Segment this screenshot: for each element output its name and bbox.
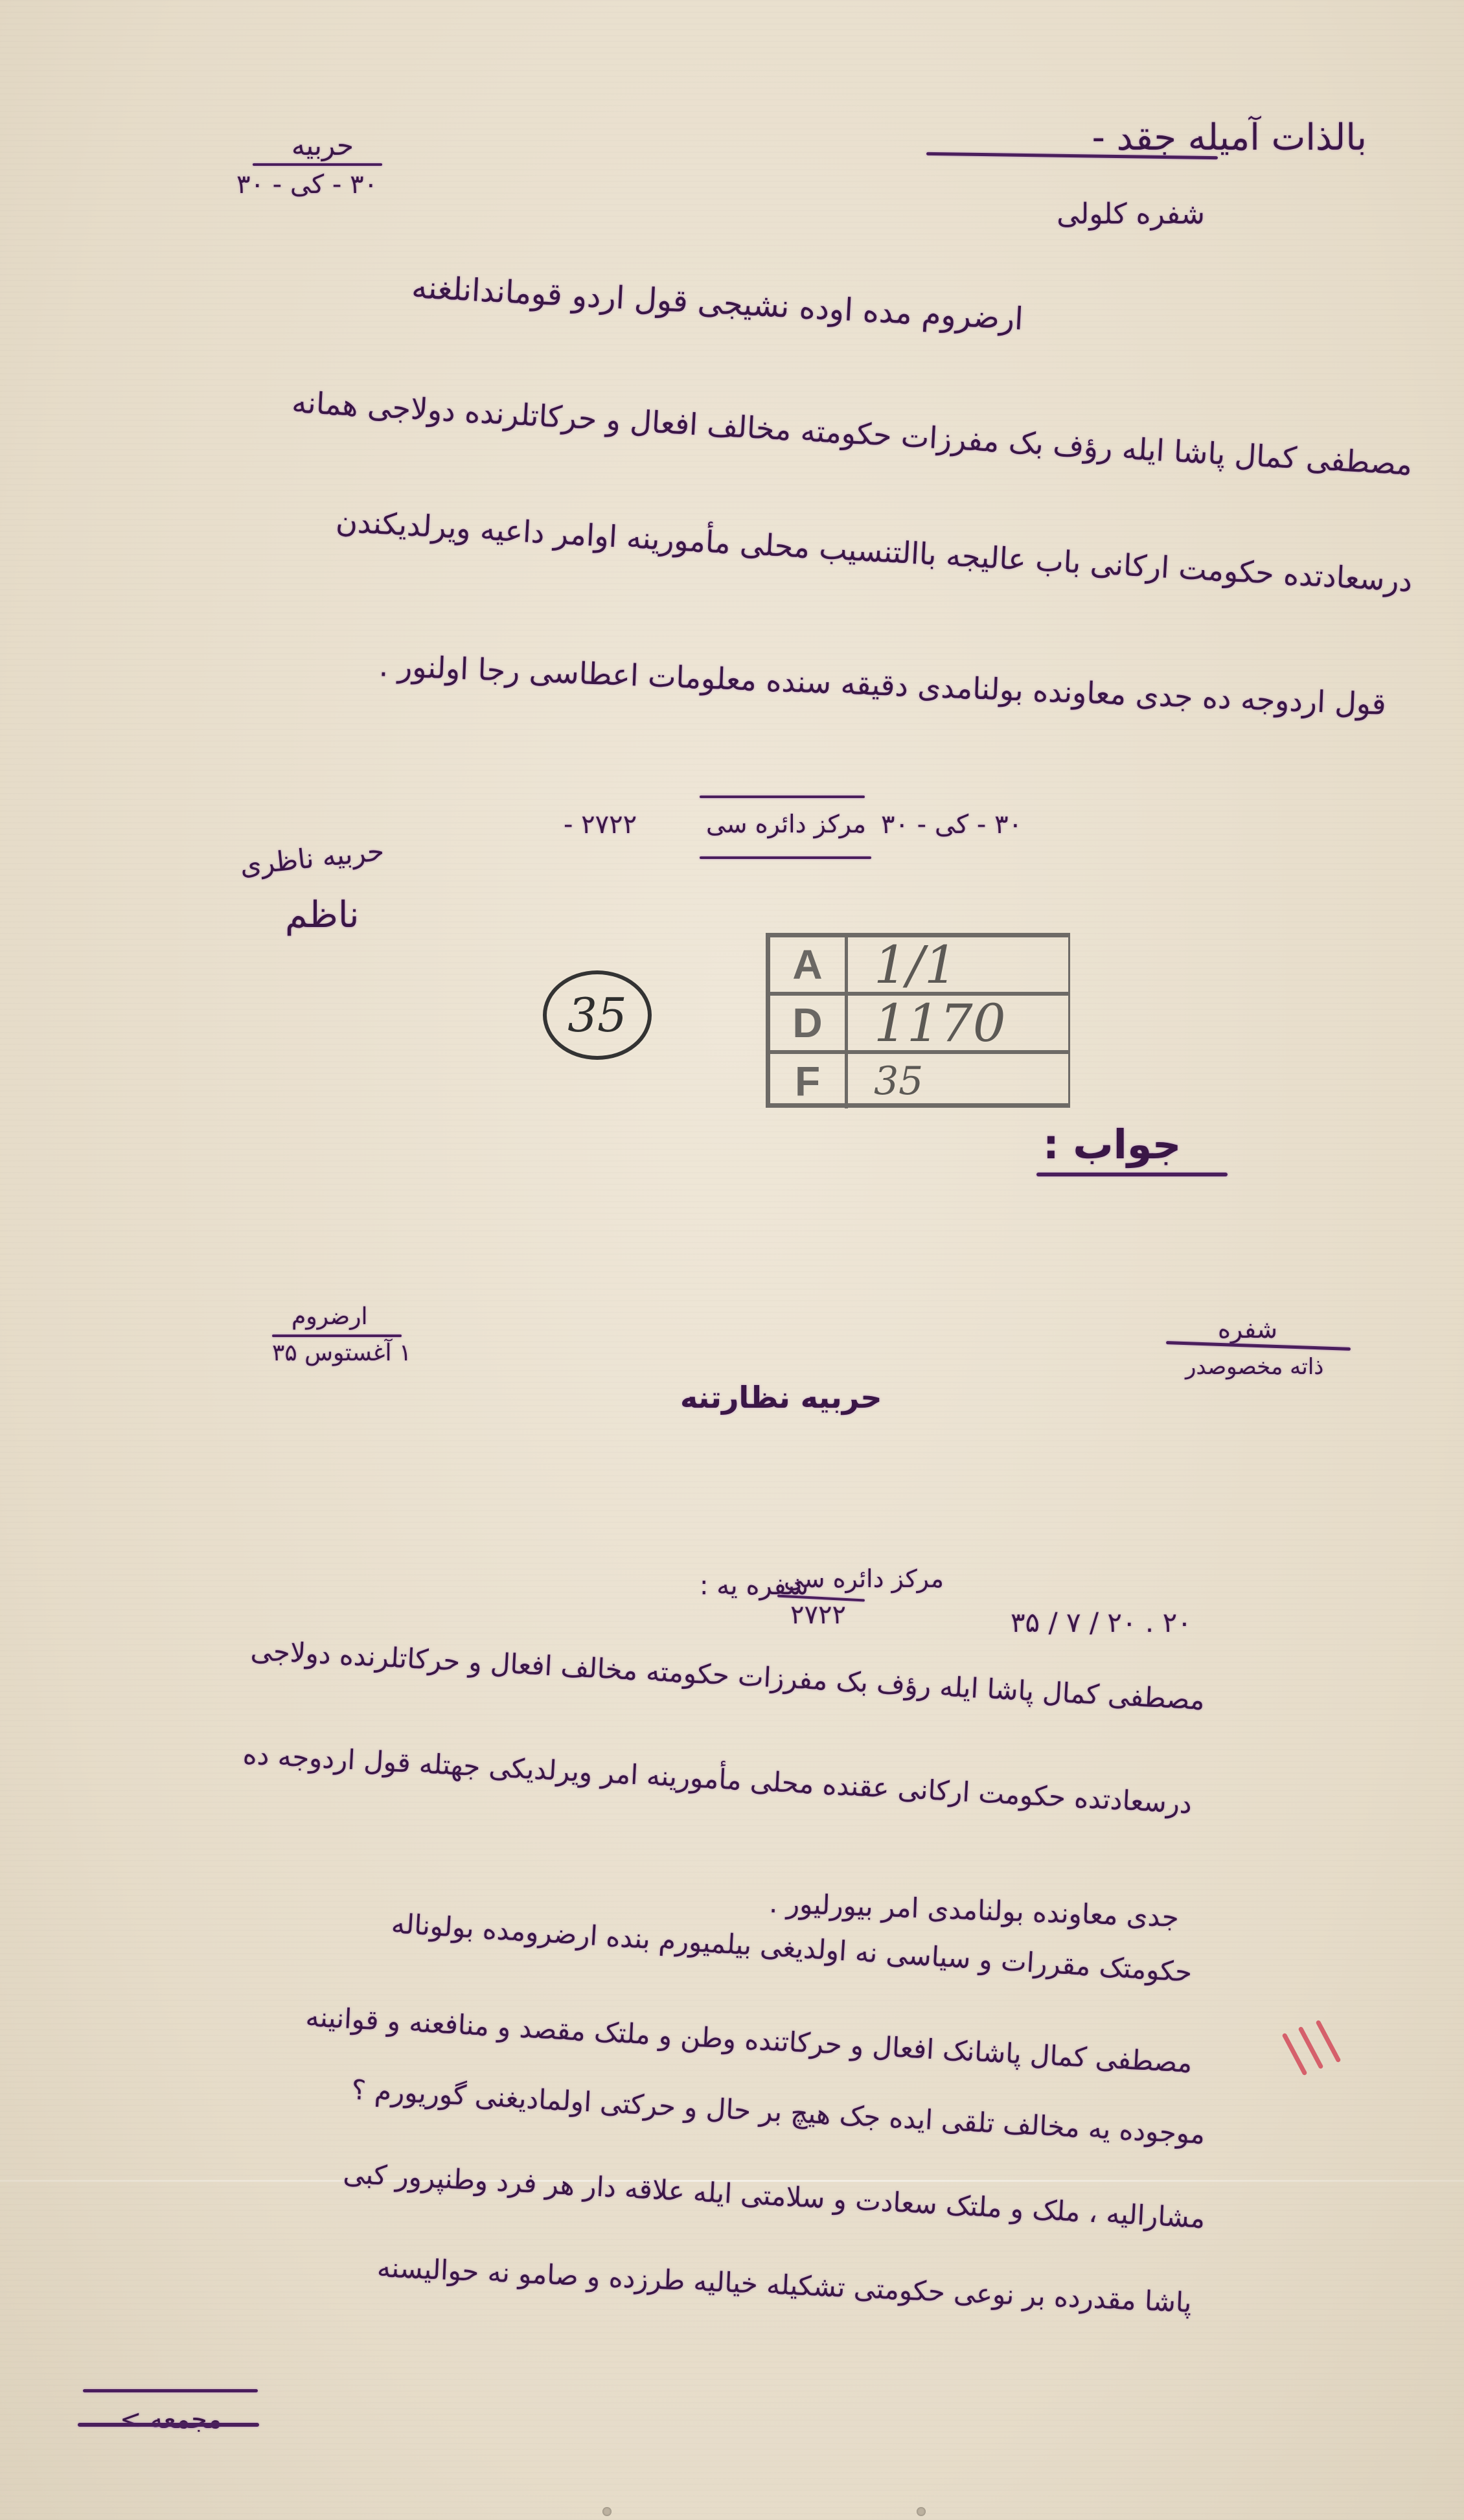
stamp-value: 35 (848, 1059, 1068, 1104)
reply-body-line-1: مصطفی کمال پاشا ایله رؤف بک مفرزات حکومت… (250, 1634, 1206, 1716)
reference-overline (700, 796, 865, 798)
body-line-2: درسعادتده حکومت ارکانی باب عالیجه باالتن… (335, 503, 1413, 599)
reply-office: ارضروم (292, 1303, 368, 1330)
reference-underline (700, 856, 871, 859)
reply-body-line-7: مشارالیه ، ملک و ملتک سعادت و سلامتی ایل… (342, 2157, 1206, 2234)
reference-label: مرکز دائره سی (706, 810, 866, 838)
circled-folio-value: 35 (567, 988, 627, 1042)
reply-body-line-8: پاشا مقدرده بر نوعی حکومتی تشکیله خیالیه… (377, 2251, 1193, 2319)
subject-line: ارضروم مده اوده نشیجی قول اردو قوماندانل… (411, 269, 1024, 337)
reply-body-line-6: موجوده یه مخالف تلقی ایده جک هیچ بر حال … (350, 2074, 1206, 2150)
addressee-heading: بالذات آمیله جقد - (1092, 117, 1367, 159)
reply-reference-number: ۲۷۲۲ (790, 1600, 846, 1630)
stamp-row-a: A 1/1 (770, 937, 1068, 992)
stamp-key: F (770, 1054, 848, 1108)
stamp-key: A (770, 937, 848, 992)
reference-date: ۳۰ - کی - ۳۰ (881, 810, 1022, 840)
signature-title: حربیه ناظری (238, 834, 385, 881)
punch-hole (917, 2507, 926, 2516)
signature-name: ناظم (285, 894, 360, 936)
reply-reference-label: مرکز دائره سی (784, 1564, 944, 1593)
reply-cipher-note: ذاته مخصوصدر (1185, 1354, 1323, 1380)
punch-hole (602, 2507, 612, 2516)
closing-underline (78, 2423, 259, 2427)
closing-mark: مجمعه > (120, 2405, 222, 2434)
archive-stamp: A 1/1 D 1170 F 35 (766, 933, 1070, 1108)
reply-office-divider (272, 1334, 402, 1337)
stamp-row-d: D 1170 (770, 996, 1068, 1050)
closing-overline (83, 2389, 258, 2392)
reply-cipher: شفره (1218, 1315, 1277, 1344)
stamp-value: 1170 (848, 993, 1068, 1053)
reply-heading: جواب : (1043, 1121, 1182, 1168)
reference-number: ۲۷۲۲ - (564, 810, 637, 840)
reply-addressee: حربیه نظارتنه (680, 1380, 882, 1415)
reply-office-date: ۱ آغستوس ۳۵ (272, 1340, 411, 1366)
reply-body-line-2: درسعادتده حکومت ارکانی عقنده محلی مأموری… (242, 1738, 1193, 1820)
stamp-row-f: F 35 (770, 1054, 1068, 1108)
red-tally-marks (1279, 2018, 1351, 2076)
origin-date: ۳۰ - کی - ۳۰ (236, 170, 378, 200)
stamp-value: 1/1 (848, 935, 1068, 995)
cipher-note: شفره کلولی (1057, 198, 1205, 231)
reply-heading-underline (1036, 1173, 1228, 1176)
circled-folio-number: 35 (543, 970, 652, 1060)
reply-reference-date: ۲۰ . ۲۰ / ۷ / ۳۵ (1011, 1607, 1192, 1638)
reply-body-line-5: مصطفی کمال پاشانک افعال و حرکاتنده وطن و… (304, 2000, 1193, 2079)
body-line-3: قول اردوجه ده جدی معاونده بولنامدی دقیقه… (378, 648, 1387, 722)
body-line-1: مصطفی کمال پاشا ایله رؤف بک مفرزات حکومت… (291, 384, 1413, 482)
reply-body-line-3: جدی معاونده بولنامدی امر بیورلیور . (769, 1887, 1180, 1933)
origin-office: حربیه (292, 130, 354, 161)
origin-divider (253, 163, 382, 166)
stamp-key: D (770, 996, 848, 1050)
